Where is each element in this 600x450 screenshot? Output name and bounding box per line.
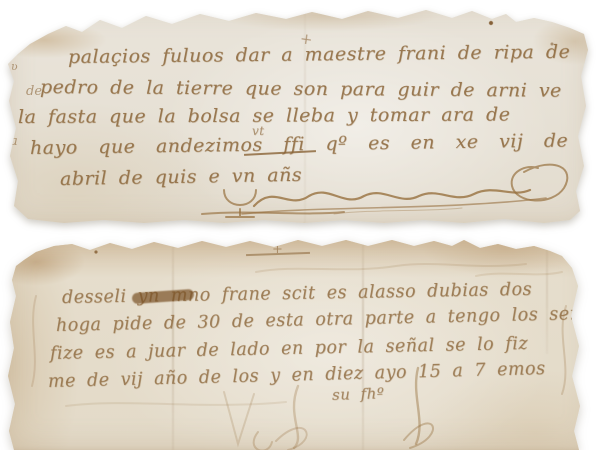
manuscript-line: fize es a juar de lado en por la señal s… [50, 334, 528, 364]
manuscript-line: abril de quis e vn añs [60, 164, 302, 190]
manuscript-line: hayo que andezimos ffi qº es en xe vij d… [30, 129, 569, 159]
manuscript-line: hoga pide de 30 de esta otra parte a ten… [56, 304, 582, 336]
fold-crease [546, 236, 548, 354]
head-cross-mark: + [272, 242, 283, 257]
margin-mark: ʋ [11, 60, 18, 73]
manuscript-line: palaçios fuluos dar a maestre frani de r… [68, 41, 571, 68]
bottom-paper-sheet: + desseli yn mno frane scit es alasso du… [6, 236, 594, 450]
manuscript-line: pedro de la tierre que son para guir de … [40, 76, 562, 102]
superscript-note: vt [252, 124, 265, 138]
photo-canvas: + ʋ de · a palaçios fuluos dar a maestre… [0, 0, 600, 450]
manuscript-line: me de vij año de los y en diez ayo 15 a … [48, 359, 546, 392]
top-paper-sheet: + ʋ de · a palaçios fuluos dar a maestre… [4, 6, 592, 226]
margin-mark: a [10, 134, 18, 149]
bottom-manuscript: + desseli yn mno frane scit es alasso du… [6, 236, 594, 450]
subscription-note: su fhº [332, 384, 385, 404]
top-manuscript: + ʋ de · a palaçios fuluos dar a maestre… [4, 6, 592, 226]
